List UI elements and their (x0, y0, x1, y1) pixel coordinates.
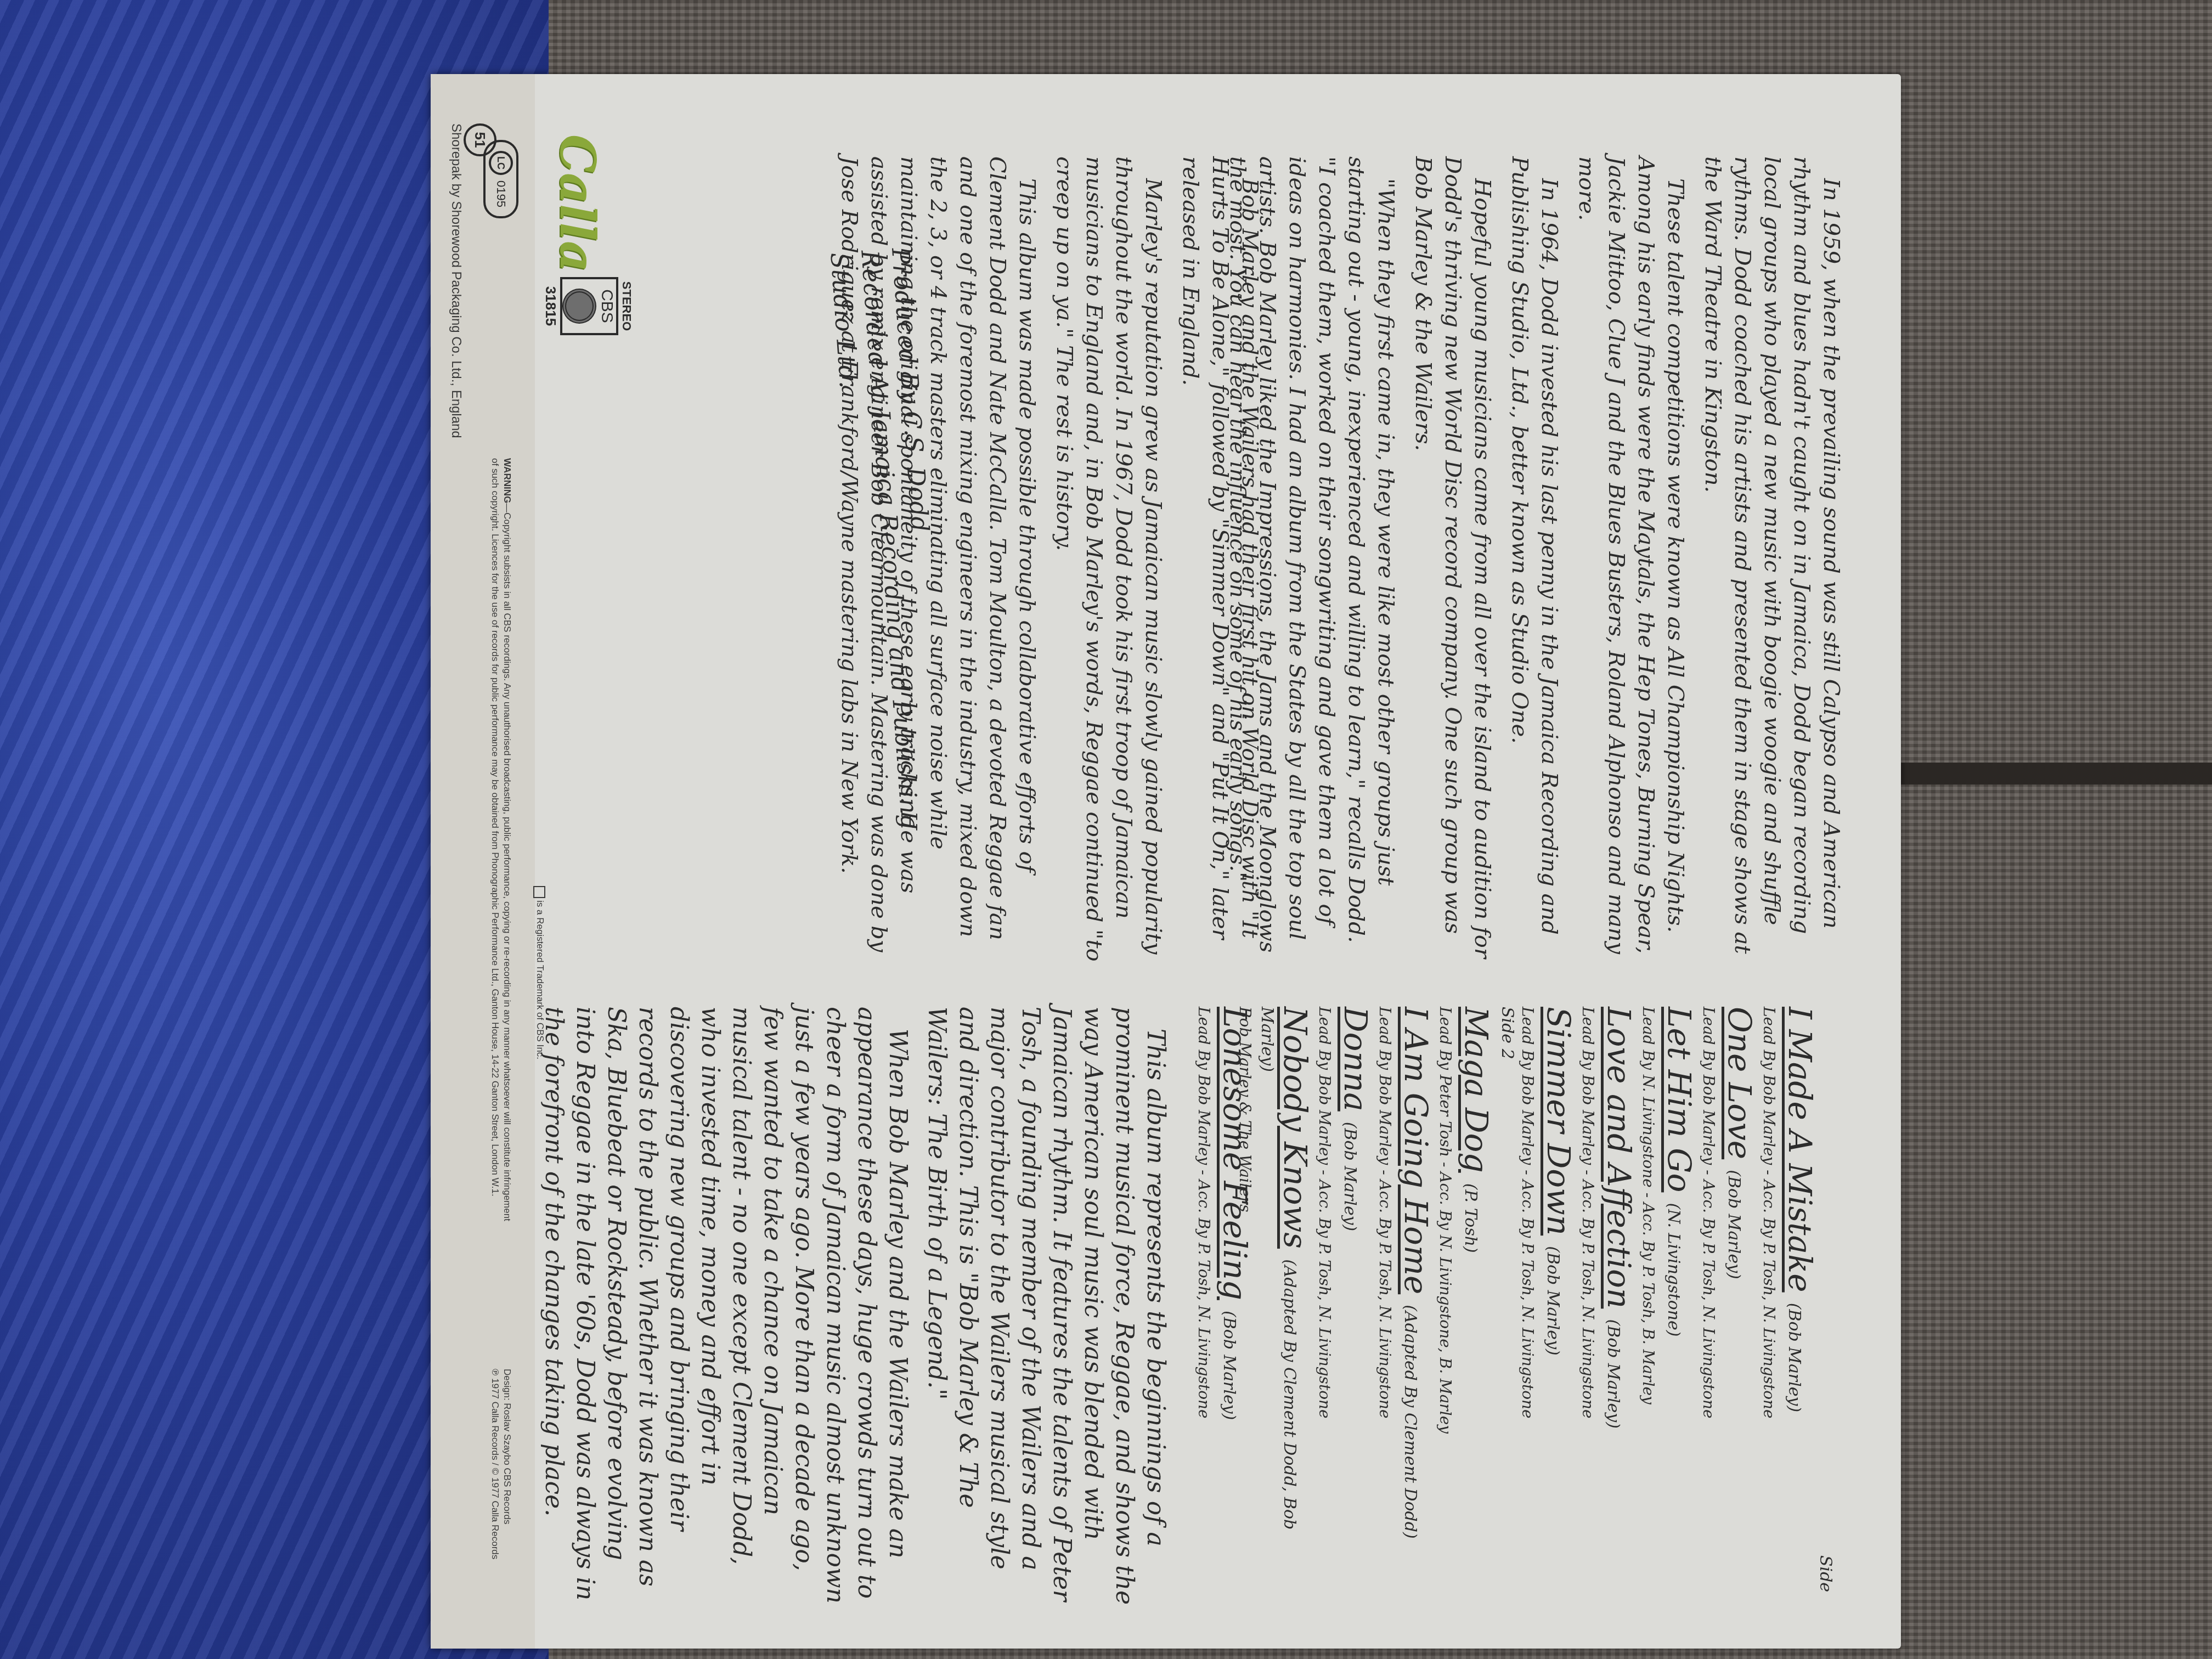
track-8: Donna (Bob Marley) Lead By Bob Marley - … (1316, 1007, 1374, 1583)
warning-line-2: of such copyright. Licences for the use … (489, 458, 501, 1363)
liner-paragraph: This album represents the beginnings of … (921, 1007, 1171, 1610)
liner-paragraph: Bob Marley and the Wailers had their fir… (1176, 156, 1265, 968)
fine-print-strip (431, 74, 535, 1649)
shorepak-credit: Shorepak by Shorewood Packaging Co. Ltd.… (448, 123, 464, 438)
track-lead: Lead By Bob Marley - Acc. By P. Tosh, N.… (1376, 1007, 1394, 1583)
track-composer: (Bob Marley) (1340, 1122, 1359, 1232)
track-title: Nobody Knows (1277, 1007, 1314, 1249)
track-2: One Love (Bob Marley) Lead By Bob Marley… (1700, 1007, 1758, 1583)
design-line: Design: Roslav Szaybo CBS Records (501, 1369, 513, 1559)
liner-paragraph: In 1964, Dodd invested his last penny in… (1505, 156, 1564, 968)
track-composer: (N. Livingstone) (1664, 1203, 1683, 1337)
track-composer: (Bob Marley) (1785, 1303, 1804, 1413)
track-lead: Lead By Bob Marley - Acc. By P. Tosh, N.… (1700, 1007, 1718, 1583)
cbs-eye-icon: CBS (560, 277, 618, 335)
track-10: Lonesome Feeling (Bob Marley) Lead By Bo… (1195, 1007, 1254, 1583)
liner-paragraph: These talent competitions were known as … (1572, 156, 1690, 968)
track-title: I Am Going Home (1397, 1007, 1435, 1294)
track-title: Lonesome Feeling (1216, 1007, 1254, 1300)
trademark-notice: is a Registered Trademark of CBS Inc. (533, 886, 546, 1059)
lc-code: 0195 (494, 180, 508, 207)
track-7: I Am Going Home (Adapted By Clement Dodd… (1376, 1007, 1435, 1583)
track-5: Simmer Down (Bob Marley) Lead By Bob Mar… (1519, 1007, 1577, 1583)
track-title: Maga Dog (1458, 1007, 1495, 1173)
track-lead: Lead By Bob Marley - Acc. By P. Tosh, N.… (1519, 1007, 1537, 1583)
track-title: Love and Affection (1600, 1007, 1638, 1308)
track-lead: Lead By Peter Tosh - Acc. By N. Livingst… (1436, 1007, 1454, 1583)
liner-paragraph: In 1959, when the prevailing sound was s… (1698, 156, 1846, 968)
track-title: Donna (1337, 1007, 1374, 1111)
side-2-label: Side 2 (1498, 1007, 1517, 1059)
label-code-badge: LC 0195 (483, 140, 518, 218)
track-title: One Love (1721, 1007, 1758, 1159)
side-1-label: Side (1816, 1555, 1835, 1592)
badge-number: 51 (472, 132, 489, 148)
cbs-stereo-logo: STEREO CBS 31815 (542, 277, 634, 335)
track-1: I Made A Mistake (Bob Marley) Lead By Bo… (1760, 1007, 1819, 1583)
eye-icon (562, 289, 596, 324)
catalog-number: 31815 (542, 277, 559, 335)
track-composer: (Bob Marley) (1724, 1170, 1743, 1279)
warning-line-1: —Copyright subsists in all CBS recording… (502, 503, 512, 1221)
album-sleeve: 51 Produced By C.S. Dodd Recorded At Jam… (431, 74, 1901, 1649)
track-lead: Lead By N. Livingstone - Acc. By P. Tosh… (1639, 1007, 1657, 1583)
stereo-label: STEREO (619, 277, 634, 335)
track-composer: (Adapted By Clement Dodd) (1401, 1305, 1420, 1538)
album-back-cover: 51 Produced By C.S. Dodd Recorded At Jam… (431, 74, 1901, 1649)
track-title: Let Him Go (1661, 1007, 1698, 1192)
lc-icon: LC (489, 151, 513, 175)
track-composer: (P. Tosh) (1461, 1183, 1480, 1253)
warning-label: WARNING (502, 458, 512, 503)
design-credit: Design: Roslav Szaybo CBS Records ℗ 1977… (489, 1369, 513, 1559)
track-lead: Lead By Bob Marley - Acc. By P. Tosh, N.… (1579, 1007, 1597, 1583)
copyright-line: ℗ 1977 Calla Records / © 1977 Calla Reco… (489, 1369, 501, 1559)
track-6: Maga Dog (P. Tosh) Lead By Peter Tosh - … (1436, 1007, 1495, 1583)
track-composer: (Bob Marley) (1543, 1246, 1562, 1356)
couch-seam (1898, 763, 2212, 785)
liner-notes-column-3: Bob Marley and the Wailers had their fir… (827, 156, 1265, 968)
liner-paragraph: Marley's reputation grew as Jamaican mus… (1049, 156, 1168, 968)
copyright-warning: WARNING—Copyright subsists in all CBS re… (489, 458, 513, 1363)
track-lead: Lead By Bob Marley - Acc. By P. Tosh, N.… (1316, 1007, 1334, 1583)
cbs-trademark-icon (533, 886, 545, 898)
liner-notes-column-1: This album represents the beginnings of … (531, 1007, 1171, 1610)
track-title: I Made A Mistake (1781, 1007, 1819, 1293)
track-composer: (Bob Marley) (1220, 1311, 1239, 1420)
liner-paragraph: This album was made possible through col… (834, 156, 1042, 968)
track-3: Let Him Go (N. Livingstone) Lead By N. L… (1639, 1007, 1698, 1583)
track-4: Love and Affection (Bob Marley) Lead By … (1579, 1007, 1638, 1583)
track-lead: Lead By Bob Marley - Acc. By P. Tosh, N.… (1760, 1007, 1778, 1583)
liner-paragraph: When Bob Marley and the Wailers make an … (538, 1007, 913, 1610)
liner-notes-column-2: In 1959, when the prevailing sound was s… (1215, 156, 1846, 968)
trademark-text: is a Registered Trademark of CBS Inc. (535, 900, 545, 1059)
track-lead: Lead By Bob Marley - Acc. By P. Tosh, N.… (1195, 1007, 1213, 1583)
track-composer: (Bob Marley) (1604, 1319, 1623, 1429)
liner-paragraph: Hopeful young musicians came from all ov… (1408, 156, 1497, 968)
calla-records-logo: Calla (549, 134, 606, 272)
cbs-label: CBS (597, 289, 616, 323)
track-title: Simmer Down (1540, 1007, 1577, 1235)
